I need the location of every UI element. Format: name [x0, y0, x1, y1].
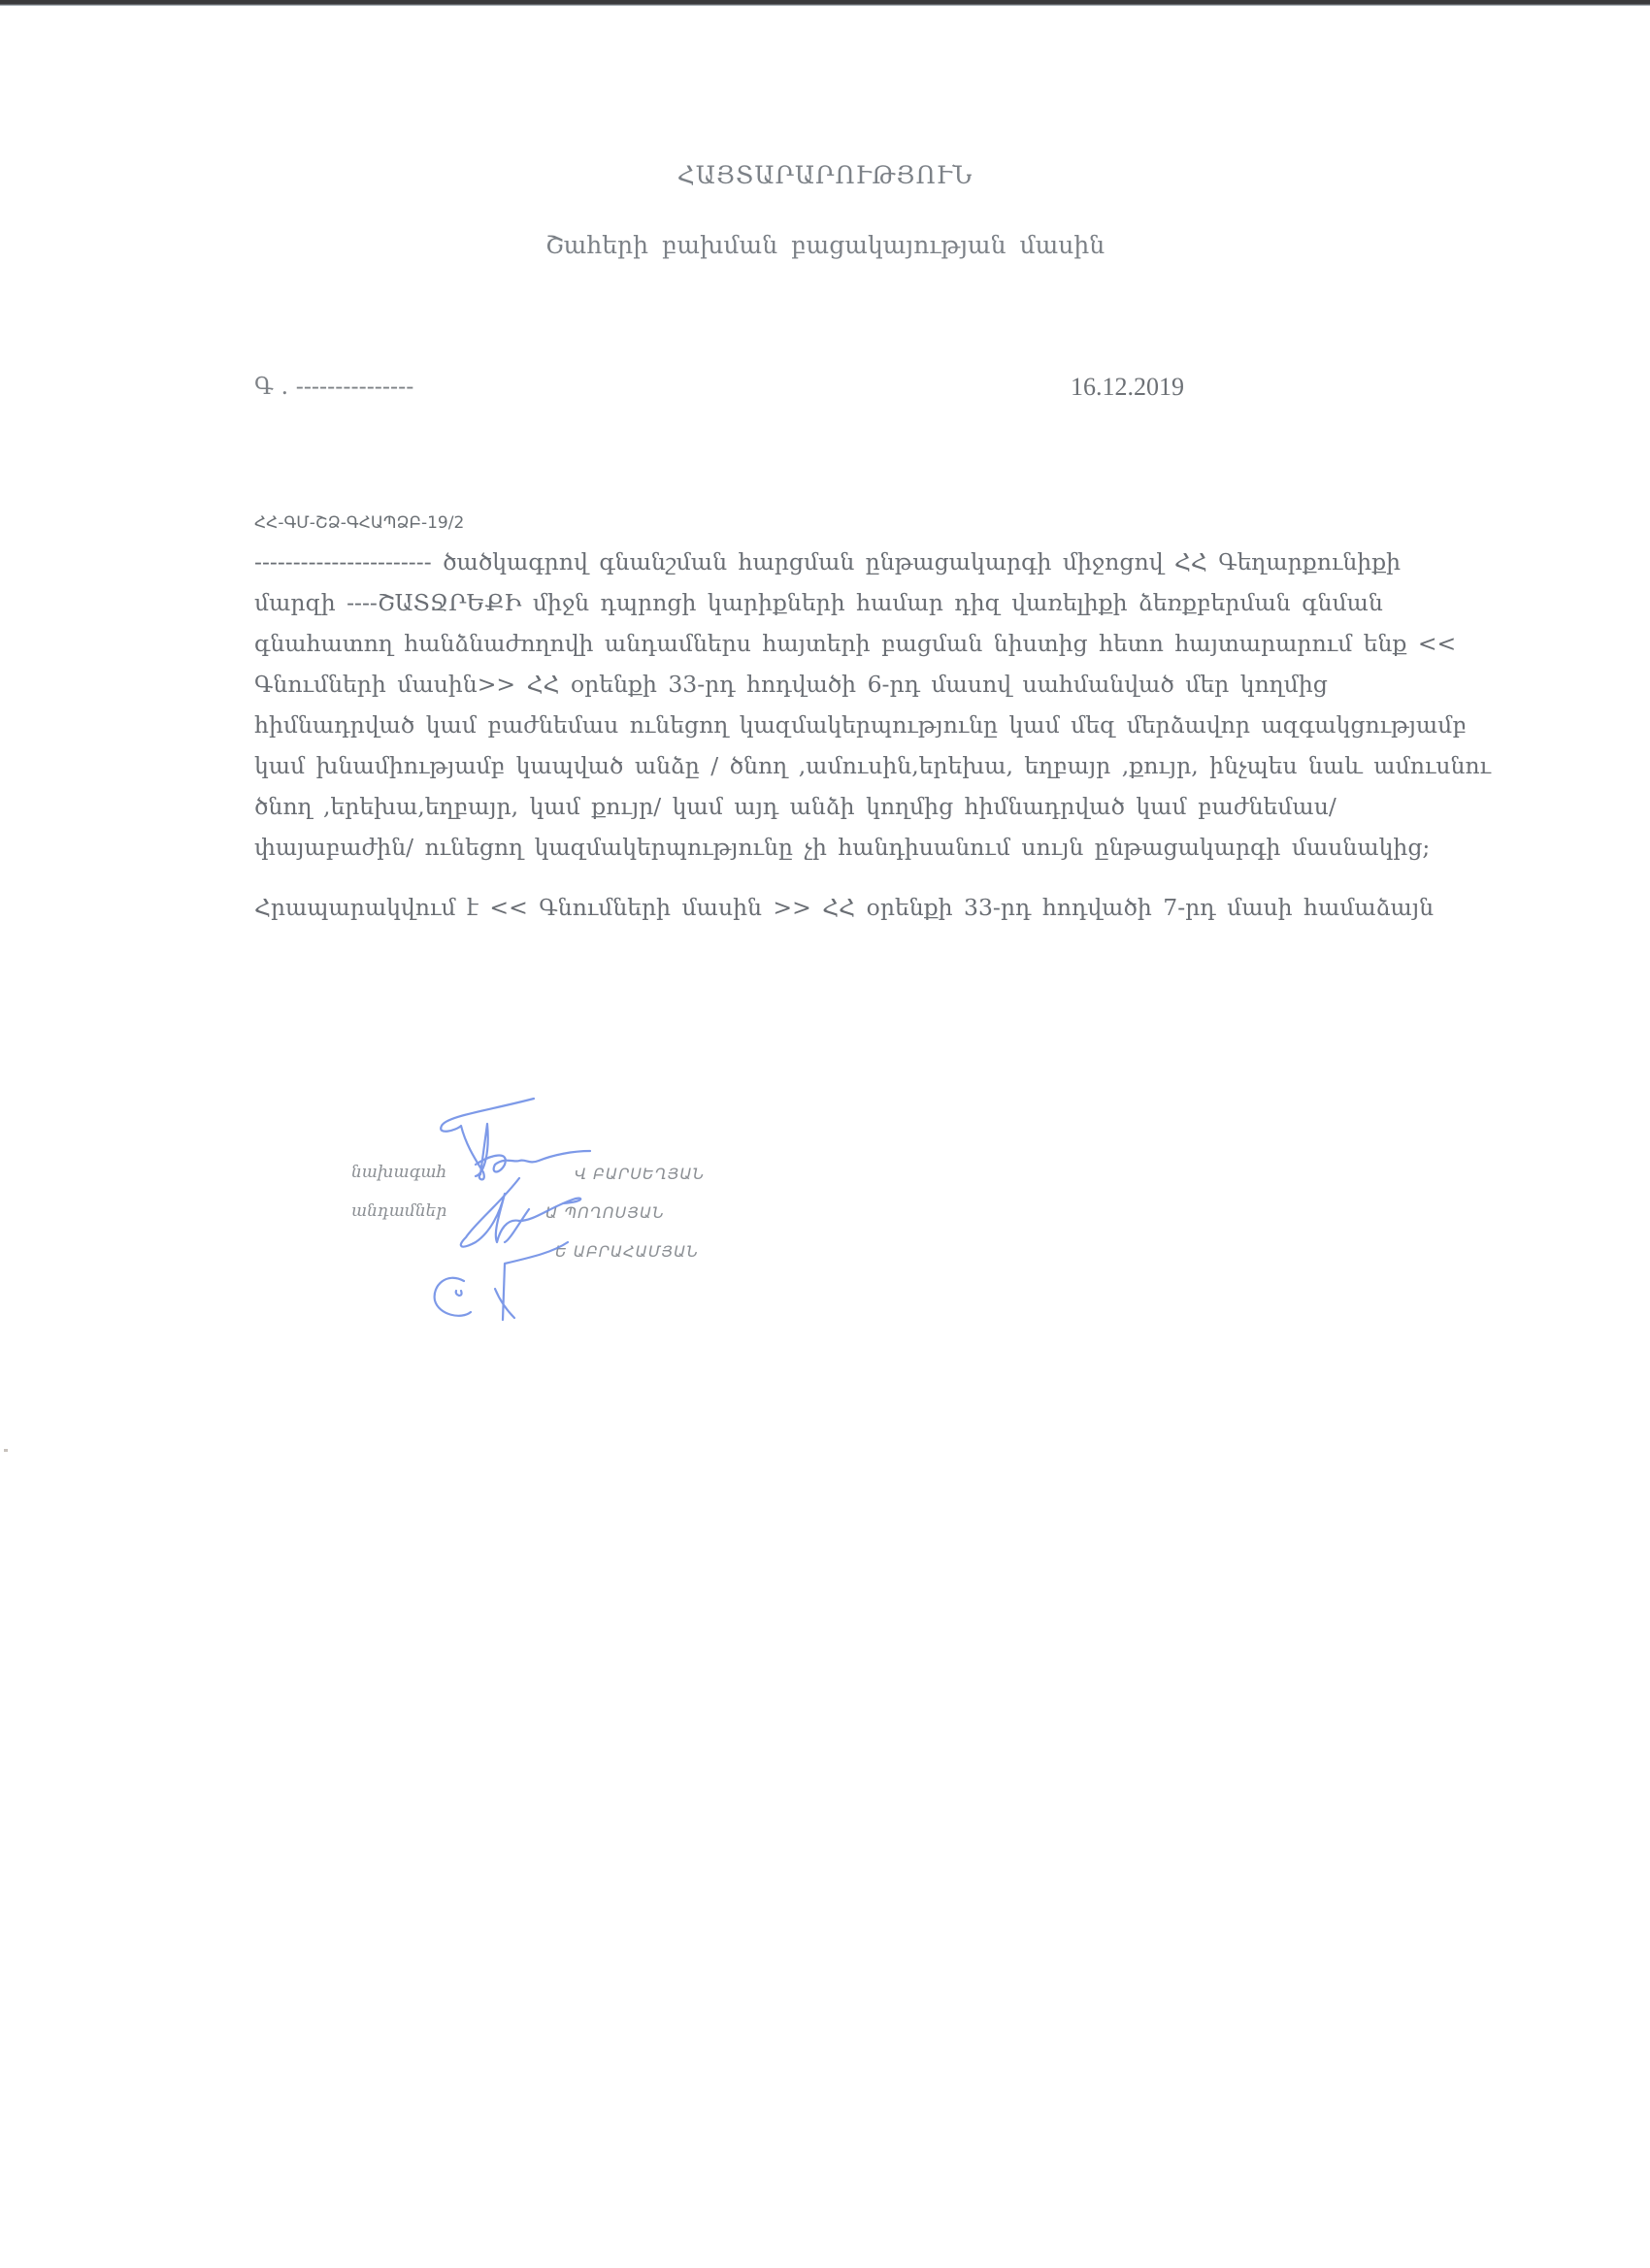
body-line: ----------------------- ծածկագրով գնանշմ… — [254, 542, 1516, 582]
publication-note: Հրապարակվում է << Գնումների մասին >> ՀՀ … — [254, 894, 1434, 921]
document-subtitle: Շահերի բախման բացակայության մասին — [0, 231, 1650, 259]
signature-2 — [461, 1178, 580, 1247]
body-line: հիմնադրված կամ բաժնեմաս ունեցող կազմակեր… — [254, 705, 1516, 745]
signature-1 — [441, 1099, 534, 1179]
handwritten-signatures — [320, 1097, 757, 1339]
body-line: Գնումների մասին>> ՀՀ օրենքի 33-րդ հոդված… — [254, 664, 1516, 705]
body-line: մարզի ----ՇԱՏՋՐԵՔԻ միջն դպրոցի կարիքների… — [254, 582, 1516, 623]
body-line: ծնող ,երեխա,եղբայր, կամ քույր/ կամ այդ ա… — [254, 786, 1516, 827]
body-line: փայաբաժին/ ունեցող կազմակերպությունը չի … — [254, 827, 1516, 868]
signature-3 — [503, 1242, 568, 1320]
declaration-body: ----------------------- ծածկագրով գնանշմ… — [254, 542, 1516, 868]
body-line: կամ խնամիությամբ կապված անձը / ծնող ,ամո… — [254, 745, 1516, 786]
document-date: 16.12.2019 — [1071, 373, 1184, 402]
document-title: ՀԱՅՏԱՐԱՐՈՒԹՅՈՒՆ — [0, 161, 1650, 189]
body-line: գնահատող հանձնաժողովի անդամներս հայտերի … — [254, 623, 1516, 664]
place-field: Գ . --------------- — [254, 373, 413, 400]
scan-artifact — [4, 1449, 8, 1452]
reference-code: ՀՀ-ԳՄ-ՇՁ-ԳՀԱՊՁԲ-19/2 — [254, 513, 464, 533]
scan-top-edge — [0, 0, 1650, 6]
